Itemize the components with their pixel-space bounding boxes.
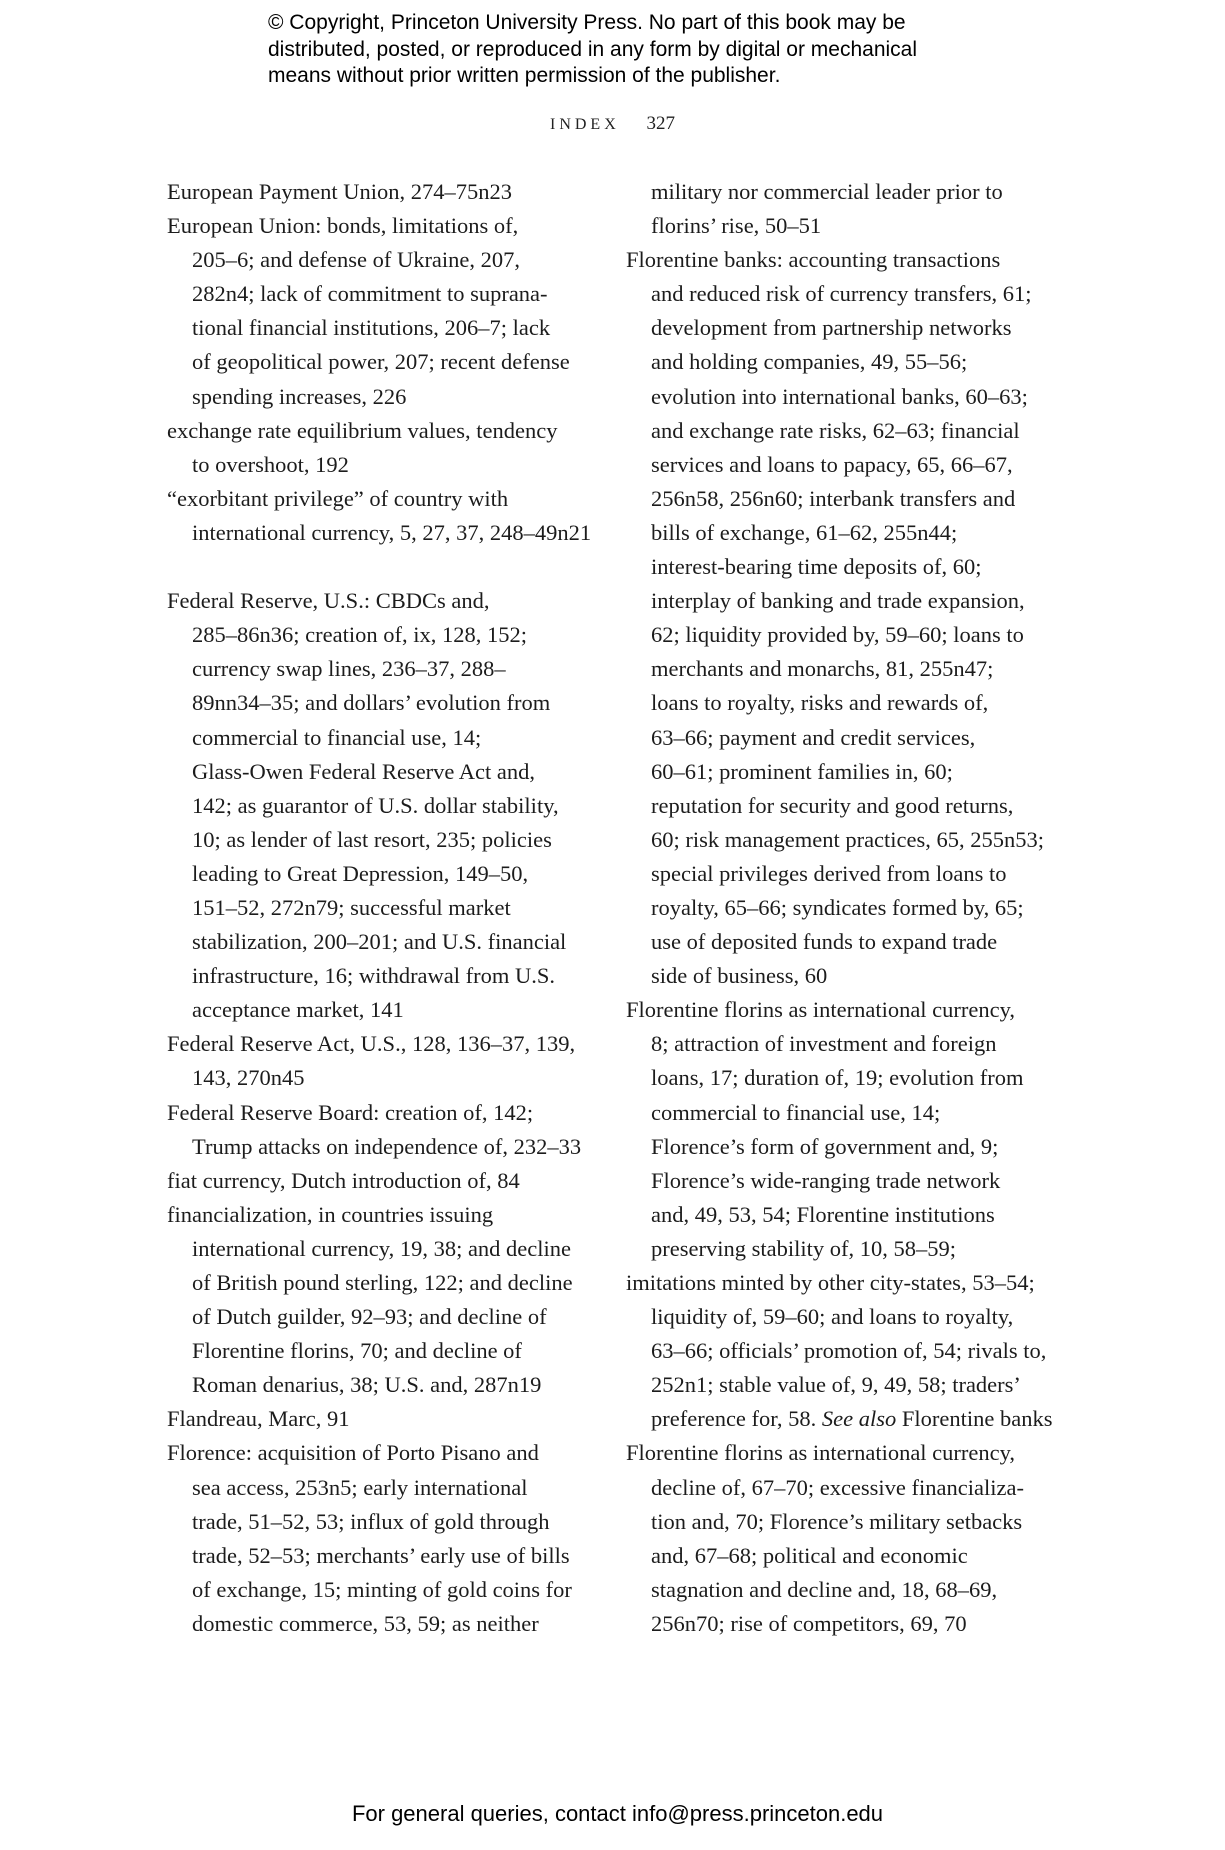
index-entry-heading: Federal Reserve Board: creation of, 142; bbox=[167, 1096, 597, 1130]
index-entry-continuation: 142; as guarantor of U.S. dollar stabili… bbox=[167, 789, 597, 823]
index-entry-continuation: interest-bearing time deposits of, 60; bbox=[626, 550, 1056, 584]
index-entry: exchange rate equilibrium values, tenden… bbox=[167, 414, 597, 482]
index-entry-continuation: infrastructure, 16; withdrawal from U.S. bbox=[167, 959, 597, 993]
index-entry-continuation: military nor commercial leader prior to bbox=[626, 175, 1056, 209]
index-entry-continuation: evolution into international banks, 60–6… bbox=[626, 380, 1056, 414]
index-entry: European Payment Union, 274–75n23 bbox=[167, 175, 597, 209]
index-entry-continuation: loans, 17; duration of, 19; evolution fr… bbox=[626, 1061, 1056, 1095]
index-entry-continuation: and, 67–68; political and economic bbox=[626, 1539, 1056, 1573]
footer-contact: For general queries, contact info@press.… bbox=[0, 1801, 1225, 1827]
copyright-line: © Copyright, Princeton University Press.… bbox=[268, 10, 988, 37]
index-entry-continuation: commercial to financial use, 14; bbox=[626, 1096, 1056, 1130]
index-entry-continuation: 151–52, 272n79; successful market bbox=[167, 891, 597, 925]
index-entry-continuation: and, 49, 53, 54; Florentine institutions bbox=[626, 1198, 1056, 1232]
index-entry-continuation: of geopolitical power, 207; recent defen… bbox=[167, 345, 597, 379]
index-entry-continuation: 285–86n36; creation of, ix, 128, 152; bbox=[167, 618, 597, 652]
index-entry-continuation: merchants and monarchs, 81, 255n47; bbox=[626, 652, 1056, 686]
letter-group-spacer bbox=[167, 550, 597, 584]
index-entry-continuation: Trump attacks on independence of, 232–33 bbox=[167, 1130, 597, 1164]
index-entry-continuation: tional financial institutions, 206–7; la… bbox=[167, 311, 597, 345]
index-entry-continuation: Florence’s form of government and, 9; bbox=[626, 1130, 1056, 1164]
index-entry-continuation: international currency, 19, 38; and decl… bbox=[167, 1232, 597, 1266]
index-entry-continuation: acceptance market, 141 bbox=[167, 993, 597, 1027]
index-entry-continuation: 60; risk management practices, 65, 255n5… bbox=[626, 823, 1056, 857]
copyright-line: distributed, posted, or reproduced in an… bbox=[268, 37, 988, 64]
index-entry-continuation: stagnation and decline and, 18, 68–69, bbox=[626, 1573, 1056, 1607]
index-entry-continuation: of Dutch guilder, 92–93; and decline of bbox=[167, 1300, 597, 1334]
index-entry-continuation: development from partnership networks bbox=[626, 311, 1056, 345]
index-entry: Federal Reserve Board: creation of, 142;… bbox=[167, 1096, 597, 1164]
index-entry-continuation: 282n4; lack of commitment to suprana- bbox=[167, 277, 597, 311]
index-entry-heading: imitations minted by other city-states, … bbox=[626, 1266, 1056, 1300]
index-entry-continuation: 8; attraction of investment and foreign bbox=[626, 1027, 1056, 1061]
index-entry-heading: European Payment Union, 274–75n23 bbox=[167, 175, 597, 209]
index-entry: Florentine florins as international curr… bbox=[626, 993, 1056, 1266]
index-entry-continuation: interplay of banking and trade expansion… bbox=[626, 584, 1056, 618]
index-entry-heading: financialization, in countries issuing bbox=[167, 1198, 597, 1232]
index-entry-heading: Florentine florins as international curr… bbox=[626, 1436, 1056, 1470]
index-entry-heading: “exorbitant privilege” of country with bbox=[167, 482, 597, 516]
index-entry-heading: fiat currency, Dutch introduction of, 84 bbox=[167, 1164, 597, 1198]
index-entry: Flandreau, Marc, 91 bbox=[167, 1402, 597, 1436]
index-column-left: European Payment Union, 274–75n23 Europe… bbox=[167, 175, 597, 1641]
index-entry: European Union: bonds, limitations of, 2… bbox=[167, 209, 597, 414]
page-number: 327 bbox=[647, 113, 676, 134]
index-entry-heading: European Union: bonds, limitations of, bbox=[167, 209, 597, 243]
see-also-label: See also bbox=[822, 1406, 896, 1431]
index-entry-continuation: 256n70; rise of competitors, 69, 70 bbox=[626, 1607, 1056, 1641]
index-entry-continuation: 205–6; and defense of Ukraine, 207, bbox=[167, 243, 597, 277]
index-entry-continuation: 143, 270n45 bbox=[167, 1061, 597, 1095]
cross-reference-prefix: preference for, 58. bbox=[651, 1406, 822, 1431]
index-column-right: military nor commercial leader prior to … bbox=[626, 175, 1056, 1641]
index-entry-continuation: reputation for security and good returns… bbox=[626, 789, 1056, 823]
index-entry-heading: exchange rate equilibrium values, tenden… bbox=[167, 414, 597, 448]
index-entry: Florentine banks: accounting transaction… bbox=[626, 243, 1056, 993]
copyright-line: means without prior written permission o… bbox=[268, 63, 988, 90]
index-entry-continuation: 63–66; officials’ promotion of, 54; riva… bbox=[626, 1334, 1056, 1368]
index-entry-continuation: florins’ rise, 50–51 bbox=[626, 209, 1056, 243]
index-entry-continuation: Florence’s wide-ranging trade network bbox=[626, 1164, 1056, 1198]
index-entry: Federal Reserve, U.S.: CBDCs and, 285–86… bbox=[167, 584, 597, 1027]
index-entry-continuation: preserving stability of, 10, 58–59; bbox=[626, 1232, 1056, 1266]
index-entry-continuation: stabilization, 200–201; and U.S. financi… bbox=[167, 925, 597, 959]
index-entry-continuation: preference for, 58. See also Florentine … bbox=[626, 1402, 1056, 1436]
index-entry-continuation: to overshoot, 192 bbox=[167, 448, 597, 482]
index-entry-heading: Florence: acquisition of Porto Pisano an… bbox=[167, 1436, 597, 1470]
index-entry-continuation: and exchange rate risks, 62–63; financia… bbox=[626, 414, 1056, 448]
index-entry: Federal Reserve Act, U.S., 128, 136–37, … bbox=[167, 1027, 597, 1095]
index-entry: Florentine florins as international curr… bbox=[626, 1436, 1056, 1641]
index-entry: imitations minted by other city-states, … bbox=[626, 1266, 1056, 1436]
index-entry-continuation: use of deposited funds to expand trade bbox=[626, 925, 1056, 959]
index-entry-continuation: trade, 51–52, 53; influx of gold through bbox=[167, 1505, 597, 1539]
index-entry-continuation: of British pound sterling, 122; and decl… bbox=[167, 1266, 597, 1300]
index-entry-continuation: 252n1; stable value of, 9, 49, 58; trade… bbox=[626, 1368, 1056, 1402]
index-entry-heading: Federal Reserve Act, U.S., 128, 136–37, … bbox=[167, 1027, 597, 1061]
index-entry-continuation: and holding companies, 49, 55–56; bbox=[626, 345, 1056, 379]
index-entry-continuation: tion and, 70; Florence’s military setbac… bbox=[626, 1505, 1056, 1539]
index-entry-continuation: leading to Great Depression, 149–50, bbox=[167, 857, 597, 891]
index-entry-continuation: Glass-Owen Federal Reserve Act and, bbox=[167, 755, 597, 789]
index-entry-continuation: Florentine florins, 70; and decline of bbox=[167, 1334, 597, 1368]
index-entry-continuation: international currency, 5, 27, 37, 248–4… bbox=[167, 516, 597, 550]
index-entry-continuation: trade, 52–53; merchants’ early use of bi… bbox=[167, 1539, 597, 1573]
index-entry-continuation: liquidity of, 59–60; and loans to royalt… bbox=[626, 1300, 1056, 1334]
index-entry-heading: Florentine florins as international curr… bbox=[626, 993, 1056, 1027]
index-entry-continued: military nor commercial leader prior to … bbox=[626, 175, 1056, 243]
index-entry-continuation: 63–66; payment and credit services, bbox=[626, 721, 1056, 755]
index-entry: financialization, in countries issuing i… bbox=[167, 1198, 597, 1403]
footer-text: For general queries, contact info@press.… bbox=[352, 1801, 883, 1827]
index-entry: Florence: acquisition of Porto Pisano an… bbox=[167, 1436, 597, 1641]
index-entry-continuation: side of business, 60 bbox=[626, 959, 1056, 993]
index-entry-continuation: currency swap lines, 236–37, 288– bbox=[167, 652, 597, 686]
index-entry-continuation: domestic commerce, 53, 59; as neither bbox=[167, 1607, 597, 1641]
index-entry-continuation: commercial to financial use, 14; bbox=[167, 721, 597, 755]
copyright-notice: © Copyright, Princeton University Press.… bbox=[268, 10, 988, 90]
index-entry-continuation: 10; as lender of last resort, 235; polic… bbox=[167, 823, 597, 857]
index-entry-continuation: loans to royalty, risks and rewards of, bbox=[626, 686, 1056, 720]
index-entry: “exorbitant privilege” of country with i… bbox=[167, 482, 597, 550]
index-entry-continuation: bills of exchange, 61–62, 255n44; bbox=[626, 516, 1056, 550]
index-entry-heading: Federal Reserve, U.S.: CBDCs and, bbox=[167, 584, 597, 618]
index-entry-continuation: 256n58, 256n60; interbank transfers and bbox=[626, 482, 1056, 516]
index-entry-continuation: spending increases, 226 bbox=[167, 380, 597, 414]
index-entry-heading: Flandreau, Marc, 91 bbox=[167, 1402, 597, 1436]
index-entry-continuation: decline of, 67–70; excessive financializ… bbox=[626, 1471, 1056, 1505]
index-entry-continuation: of exchange, 15; minting of gold coins f… bbox=[167, 1573, 597, 1607]
index-entry-continuation: and reduced risk of currency transfers, … bbox=[626, 277, 1056, 311]
running-head-label: INDEX bbox=[550, 116, 620, 133]
index-entry-continuation: 60–61; prominent families in, 60; bbox=[626, 755, 1056, 789]
index-entry-continuation: sea access, 253n5; early international bbox=[167, 1471, 597, 1505]
index-entry-continuation: 89nn34–35; and dollars’ evolution from bbox=[167, 686, 597, 720]
index-entry-continuation: services and loans to papacy, 65, 66–67, bbox=[626, 448, 1056, 482]
running-head: INDEX 327 bbox=[0, 113, 1225, 135]
cross-reference-target: Florentine banks bbox=[896, 1406, 1052, 1431]
index-entry: fiat currency, Dutch introduction of, 84 bbox=[167, 1164, 597, 1198]
index-entry-continuation: special privileges derived from loans to bbox=[626, 857, 1056, 891]
index-entry-continuation: Roman denarius, 38; U.S. and, 287n19 bbox=[167, 1368, 597, 1402]
index-entry-continuation: 62; liquidity provided by, 59–60; loans … bbox=[626, 618, 1056, 652]
index-entry-continuation: royalty, 65–66; syndicates formed by, 65… bbox=[626, 891, 1056, 925]
index-entry-heading: Florentine banks: accounting transaction… bbox=[626, 243, 1056, 277]
